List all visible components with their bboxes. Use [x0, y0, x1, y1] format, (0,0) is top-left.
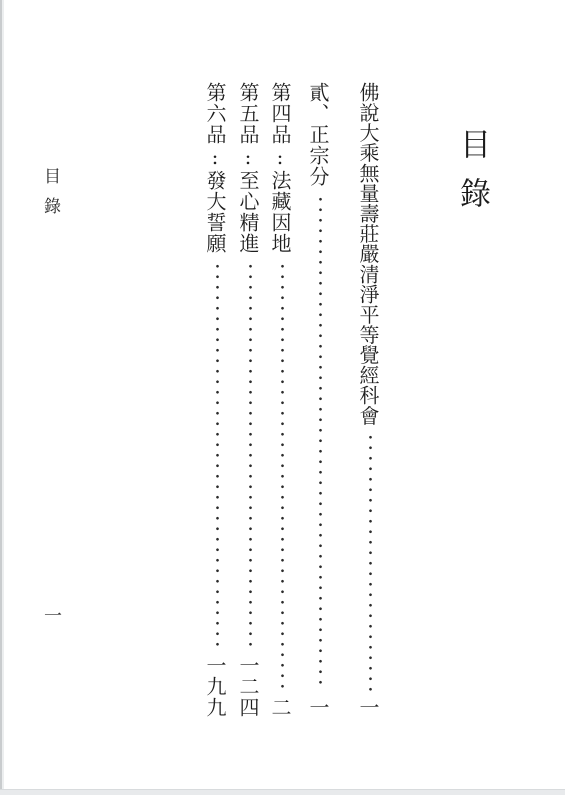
toc-entry-page-number: 一: [307, 697, 333, 718]
margin-running-head: 目錄: [38, 167, 63, 227]
page-edge-bottom: [0, 789, 565, 795]
dot-leader: [307, 194, 333, 691]
dot-leader: [357, 432, 383, 691]
page-title: 目錄: [450, 128, 495, 226]
toc-entry-page-number: 二: [269, 697, 295, 718]
toc-entry-title: 第六品:發大誓願: [204, 82, 230, 254]
toc-entry-page-number: 一二四: [237, 655, 263, 718]
dot-leader: [269, 261, 295, 691]
book-page: 目錄 目錄 一 佛說大乘無量壽莊嚴清淨平等覺經科會 一 貳、正宗分 一 第四品:…: [0, 0, 565, 795]
folio-page-number: 一: [38, 606, 64, 624]
page-edge-left-shade: [2, 0, 4, 795]
toc-entry-title: 第四品:法藏因地: [269, 82, 295, 254]
toc-entry-title: 第五品:至心精進: [237, 82, 263, 254]
toc-entry: 貳、正宗分 一: [307, 82, 333, 718]
toc-entry-title: 佛說大乘無量壽莊嚴清淨平等覺經科會: [357, 82, 383, 425]
toc-entry-title: 貳、正宗分: [307, 82, 333, 187]
toc-entry: 第四品:法藏因地 二: [269, 82, 295, 718]
toc-entry: 第六品:發大誓願 一九九: [204, 82, 230, 718]
dot-leader: [204, 261, 230, 649]
toc-entry-page-number: 一: [357, 697, 383, 718]
toc-entry: 佛說大乘無量壽莊嚴清淨平等覺經科會 一: [357, 82, 383, 718]
toc-entry-page-number: 一九九: [204, 655, 230, 718]
dot-leader: [237, 261, 263, 649]
toc-entry: 第五品:至心精進 一二四: [237, 82, 263, 718]
